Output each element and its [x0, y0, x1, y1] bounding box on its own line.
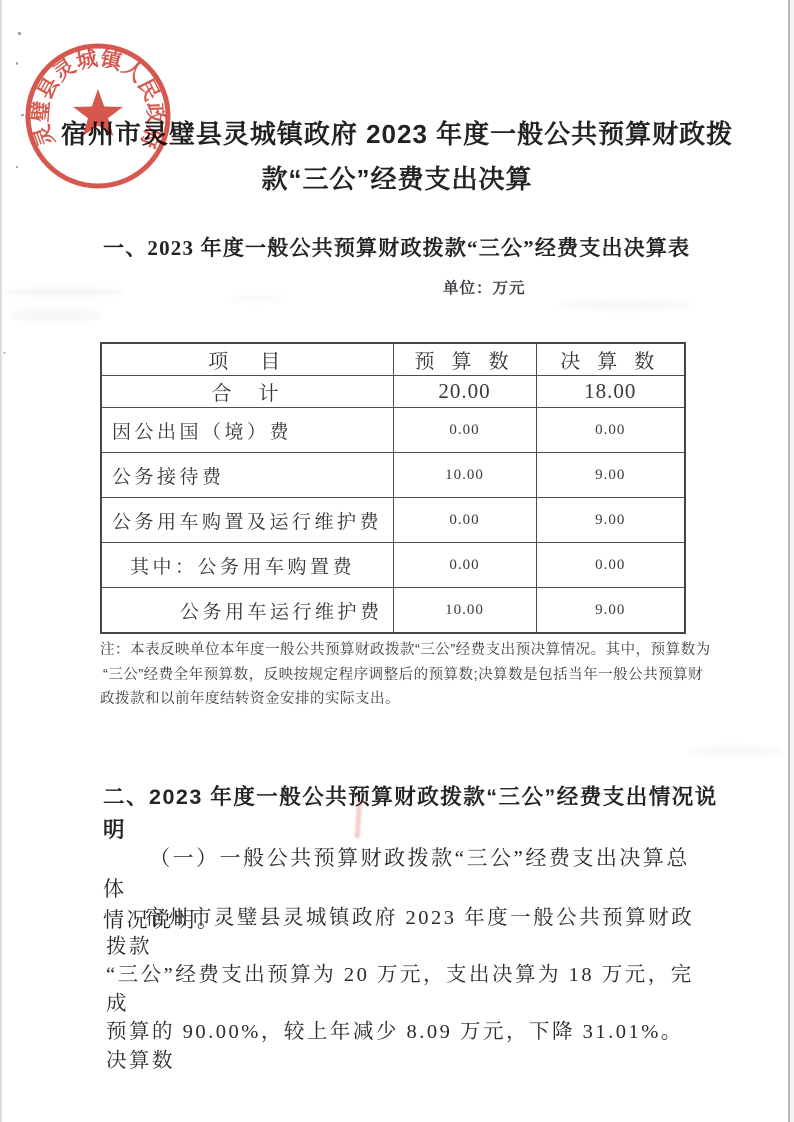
- header-final: 决 算 数: [536, 343, 685, 376]
- table-unit-label: 单位：万元: [443, 276, 526, 298]
- paragraph-line-2: “三公”经费支出预算为 20 万元，支出决算为 18 万元，完成: [106, 961, 706, 1018]
- row-label: 合 计: [101, 376, 393, 408]
- footnote-line-1: 注：本表反映单位本年度一般公共预算财政拨款“三公”经费支出预决算情况。其中，预算…: [100, 638, 714, 663]
- budget-value: 0.00: [393, 498, 536, 543]
- section1-heading: 一、2023 年度一般公共预算财政拨款“三公”经费支出决算表: [103, 234, 743, 262]
- budget-value: 10.00: [393, 588, 536, 634]
- scan-smudge: [5, 288, 125, 296]
- three-public-expense-table: 项 目 预 算 数 决 算 数 合 计 20.00 18.00 因公出国（境）费…: [100, 342, 686, 634]
- header-item: 项 目: [101, 343, 393, 376]
- budget-value: 0.00: [393, 543, 536, 588]
- final-value: 9.00: [536, 453, 685, 498]
- section2-subheading-line-1: （一）一般公共预算财政拨款“三公”经费支出决算总体: [103, 843, 703, 905]
- section2-heading-line-1: 二、2023 年度一般公共预算财政拨款“三公”经费支出情况说: [103, 781, 743, 814]
- row-label: 公务用车运行维护费: [101, 588, 393, 634]
- row-label: 公务接待费: [101, 453, 393, 498]
- section2-paragraph: 宿州市灵璧县灵城镇政府 2023 年度一般公共预算财政拨款 “三公”经费支出预算…: [106, 904, 706, 1075]
- table-row: 公务接待费 10.00 9.00: [101, 453, 685, 498]
- row-label: 公务用车购置及运行维护费: [101, 498, 393, 543]
- paragraph-line-3: 预算的 90.00%，较上年减少 8.09 万元，下降 31.01%。决算数: [106, 1018, 706, 1075]
- budget-value: 20.00: [393, 376, 536, 408]
- budget-value: 0.00: [393, 408, 536, 453]
- final-value: 0.00: [536, 543, 685, 588]
- table-row: 公务用车运行维护费 10.00 9.00: [101, 588, 685, 634]
- table-row: 因公出国（境）费 0.00 0.00: [101, 408, 685, 453]
- table-row: 公务用车购置及运行维护费 0.00 9.00: [101, 498, 685, 543]
- final-value: 0.00: [536, 408, 685, 453]
- final-value: 9.00: [536, 588, 685, 634]
- budget-value: 10.00: [393, 453, 536, 498]
- row-label: 其中：公务用车购置费: [101, 543, 393, 588]
- scan-smudge: [228, 296, 288, 302]
- table-footnote: 注：本表反映单位本年度一般公共预算财政拨款“三公”经费支出预决算情况。其中，预算…: [100, 638, 714, 712]
- row-label: 因公出国（境）费: [101, 408, 393, 453]
- header-budget: 预 算 数: [393, 343, 536, 376]
- paragraph-line-1: 宿州市灵璧县灵城镇政府 2023 年度一般公共预算财政拨款: [106, 904, 706, 961]
- scan-smudge: [8, 308, 103, 322]
- table-row-total: 合 计 20.00 18.00: [101, 376, 685, 408]
- scanned-document-page: { "stamp": { "text": "灵璧县灵城镇人民政府", "colo…: [0, 0, 794, 1122]
- final-value: 18.00: [536, 376, 685, 408]
- footnote-line-2: “三公”经费全年预算数，反映按规定程序调整后的预算数;决算数是包括当年一般公共预…: [100, 663, 714, 688]
- scan-speck: [3, 352, 6, 354]
- svg-text:政: 政: [142, 102, 167, 124]
- svg-text:城: 城: [74, 46, 100, 74]
- table-header-row: 项 目 预 算 数 决 算 数: [101, 343, 685, 376]
- svg-text:璧: 璧: [28, 100, 54, 123]
- footnote-line-3: 政拨款和以前年度结转资金安排的实际支出。: [100, 687, 714, 712]
- scan-smudge: [688, 746, 783, 756]
- scan-speck: [18, 32, 21, 35]
- section2-heading: 二、2023 年度一般公共预算财政拨款“三公”经费支出情况说 明: [103, 781, 743, 847]
- table-row: 其中：公务用车购置费 0.00 0.00: [101, 543, 685, 588]
- scan-smudge: [558, 300, 693, 310]
- official-seal-stamp: 灵 璧 县 灵 城 镇 人 民 政 府: [18, 36, 178, 196]
- final-value: 9.00: [536, 498, 685, 543]
- seal-star-icon: [73, 89, 122, 136]
